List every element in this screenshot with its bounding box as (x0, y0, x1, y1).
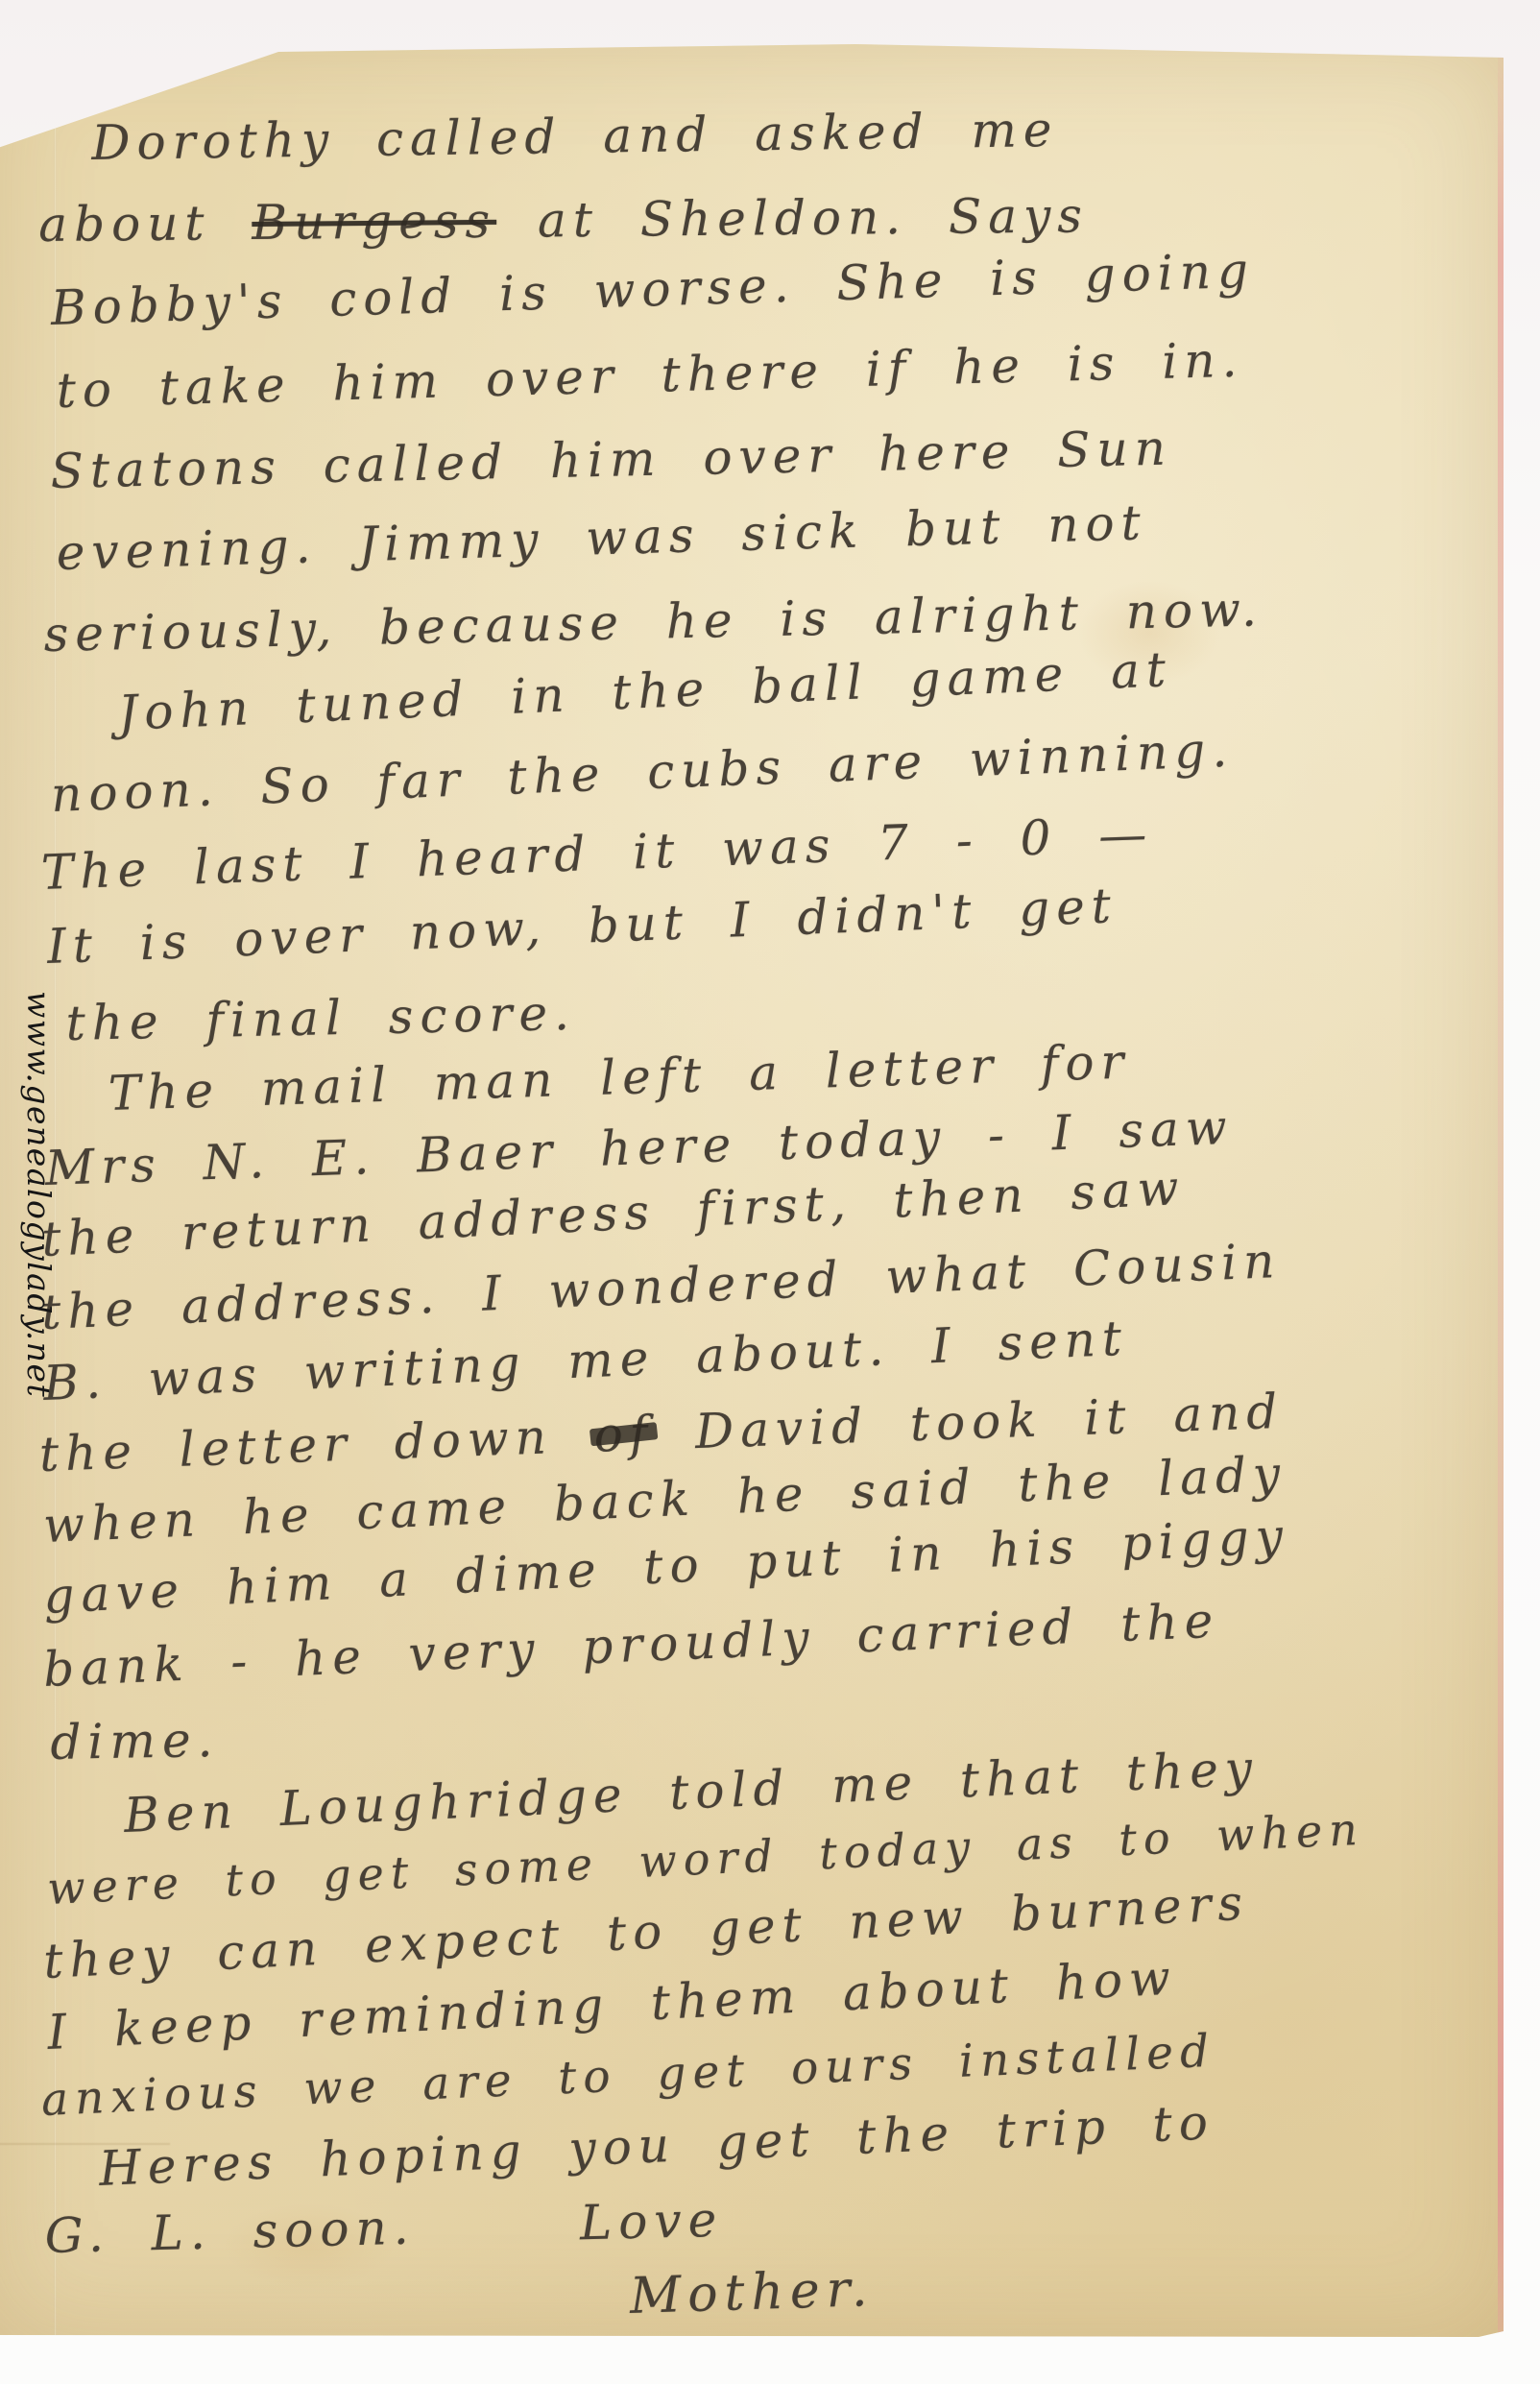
text-segment: Bobby's cold is worse. She is going (50, 243, 1256, 336)
text-segment: G. L. soon. Love (44, 2192, 724, 2264)
pink-deckled-edge (1498, 42, 1504, 2337)
text-segment: at Sheldon. Says (496, 187, 1089, 248)
signature-line: Mother. (629, 2260, 875, 2325)
text-segment: Statons called him over here Sun (50, 421, 1172, 499)
watermark-text: www.genealogylady.net (19, 991, 58, 1394)
text-segment: Mother. (629, 2260, 875, 2325)
text-segment: evening. Jimmy was sick but not (56, 494, 1147, 581)
text-segment: Dorothy called and asked me (91, 102, 1059, 171)
letter-line: the final score. (65, 985, 576, 1051)
letter-line: Bobby's cold is worse. She is going (50, 243, 1256, 336)
text-segment: to take him over there if he is in. (56, 332, 1244, 419)
letter-line: noon. So far the cubs are winning. (50, 722, 1235, 823)
letter-line: to take him over there if he is in. (56, 332, 1244, 419)
scan-background: { "document": { "kind": "handwritten-let… (0, 0, 1540, 2384)
text-segment: the final score. (65, 985, 576, 1051)
letter-line: about Burgess at Sheldon. Says (38, 187, 1089, 253)
struck-text-segment: Burgess (252, 193, 496, 251)
text-segment: noon. So far the cubs are winning. (50, 722, 1235, 823)
letter-line: Dorothy called and asked me (91, 102, 1059, 171)
letter-paper: Dorothy called and asked meabout Burgess… (0, 42, 1504, 2337)
letter-line: evening. Jimmy was sick but not (56, 494, 1147, 581)
text-segment: about (38, 195, 253, 253)
letter-line: Statons called him over here Sun (50, 421, 1172, 499)
text-segment: dime. (50, 1712, 220, 1770)
letter-body: Dorothy called and asked meabout Burgess… (0, 42, 1504, 2337)
text-segment: the letter down (38, 1408, 595, 1482)
letter-line: dime. (50, 1712, 220, 1770)
letter-line: G. L. soon. Love (44, 2192, 724, 2264)
struck-text-segment: of (593, 1406, 656, 1463)
